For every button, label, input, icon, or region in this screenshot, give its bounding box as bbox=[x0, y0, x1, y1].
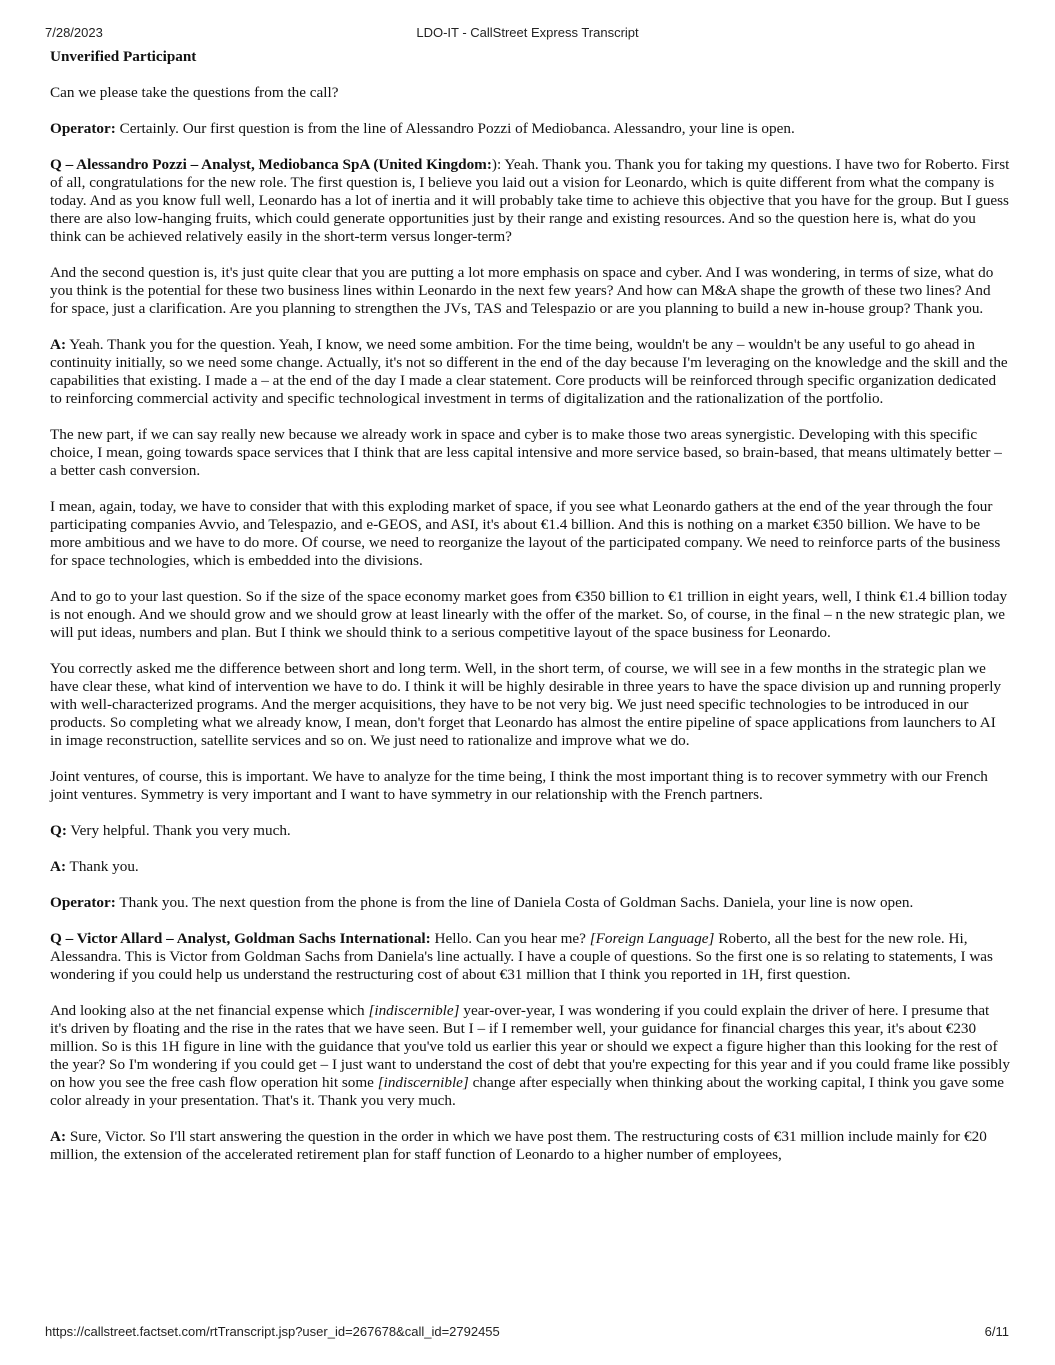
page-header: 7/28/2023 LDO-IT - CallStreet Express Tr… bbox=[0, 25, 1055, 43]
speaker-label: A: bbox=[50, 858, 66, 875]
page-footer: https://callstreet.factset.com/rtTranscr… bbox=[0, 1324, 1055, 1342]
answer: A: Thank you. bbox=[50, 858, 1010, 876]
operator-remark: Operator: Certainly. Our first question … bbox=[50, 120, 1010, 138]
transcript-body: Unverified Participant Can we please tak… bbox=[50, 48, 1010, 1182]
question: Q – Alessandro Pozzi – Analyst, Medioban… bbox=[50, 156, 1010, 246]
paragraph: And looking also at the net financial ex… bbox=[50, 1002, 1010, 1110]
annotation: [indiscernible] bbox=[378, 1074, 469, 1091]
speaker-label: Operator: bbox=[50, 894, 116, 911]
document-title: LDO-IT - CallStreet Express Transcript bbox=[0, 25, 1055, 40]
paragraph: You correctly asked me the difference be… bbox=[50, 660, 1010, 750]
answer: A: Yeah. Thank you for the question. Yea… bbox=[50, 336, 1010, 408]
annotation: [indiscernible] bbox=[368, 1002, 459, 1019]
answer: A: Sure, Victor. So I'll start answering… bbox=[50, 1128, 1010, 1164]
operator-remark: Operator: Thank you. The next question f… bbox=[50, 894, 1010, 912]
paragraph: Can we please take the questions from th… bbox=[50, 84, 1010, 102]
speaker-label: Operator: bbox=[50, 120, 116, 137]
paragraph: The new part, if we can say really new b… bbox=[50, 426, 1010, 480]
page-number: 6/11 bbox=[985, 1324, 1009, 1339]
question: Q – Victor Allard – Analyst, Goldman Sac… bbox=[50, 930, 1010, 984]
speaker-label: Q – Victor Allard – Analyst, Goldman Sac… bbox=[50, 930, 431, 947]
speaker-label: Q – Alessandro Pozzi – Analyst, Medioban… bbox=[50, 156, 492, 173]
paragraph: And to go to your last question. So if t… bbox=[50, 588, 1010, 642]
paragraph: And the second question is, it's just qu… bbox=[50, 264, 1010, 318]
section-title: Unverified Participant bbox=[50, 48, 1010, 66]
speaker-label: Q: bbox=[50, 822, 67, 839]
source-url: https://callstreet.factset.com/rtTranscr… bbox=[45, 1324, 500, 1339]
paragraph: Joint ventures, of course, this is impor… bbox=[50, 768, 1010, 804]
speaker-label: A: bbox=[50, 1128, 66, 1145]
paragraph: I mean, again, today, we have to conside… bbox=[50, 498, 1010, 570]
question: Q: Very helpful. Thank you very much. bbox=[50, 822, 1010, 840]
speaker-label: A: bbox=[50, 336, 66, 353]
annotation: [Foreign Language] bbox=[590, 930, 715, 947]
